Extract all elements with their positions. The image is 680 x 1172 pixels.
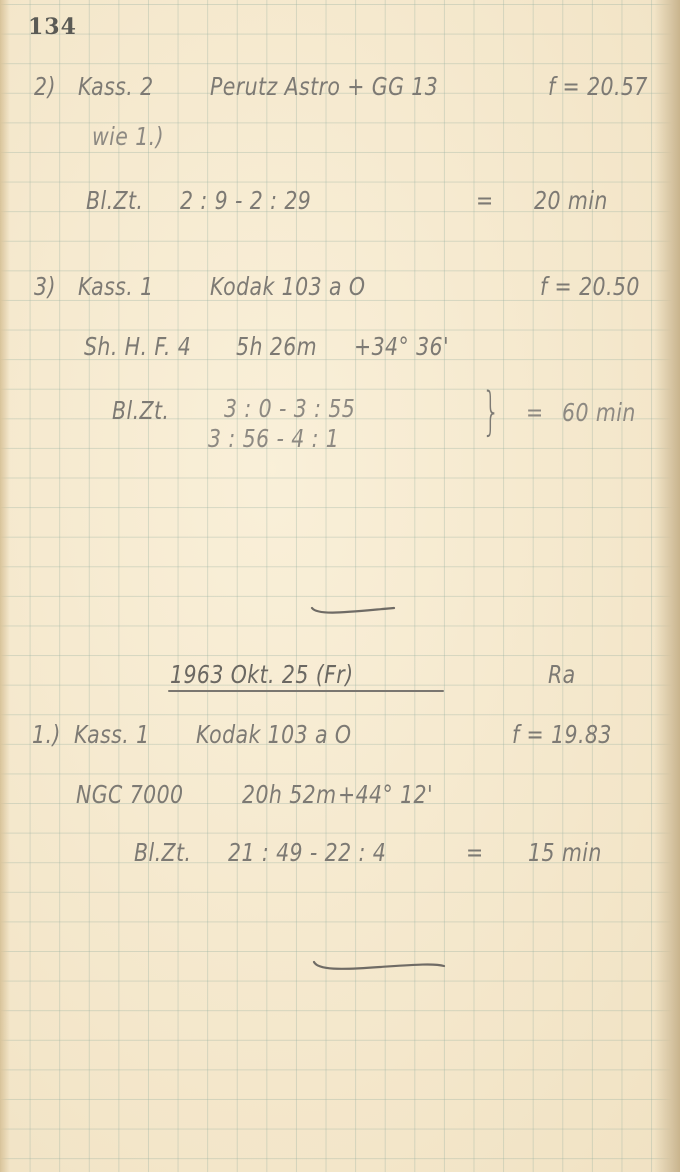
exposure-time: 2 : 9 - 2 : 29 [180, 186, 311, 215]
page-number: 134 [28, 14, 77, 40]
exposure-time-2: 3 : 56 - 4 : 1 [208, 424, 339, 453]
separator-swash [308, 600, 400, 620]
observer-initials: Ra [548, 660, 576, 689]
separator-swash [310, 958, 450, 978]
declination: +34° 36' [354, 332, 449, 361]
exposure-label: Bl.Zt. [134, 838, 191, 867]
object-name: Sh. H. F. 4 [84, 332, 191, 361]
page-edge-shadow [654, 0, 680, 1172]
exposure-label: Bl.Zt. [86, 186, 143, 215]
exposure-time: 21 : 49 - 22 : 4 [228, 838, 386, 867]
focus-value: f = 20.50 [540, 272, 640, 301]
focus-value: f = 20.57 [548, 72, 648, 101]
date-underline [168, 690, 444, 692]
declination: +44° 12' [338, 780, 433, 809]
focus-value: f = 19.83 [512, 720, 612, 749]
equals-sign: = [526, 398, 544, 427]
exposure-label: Bl.Zt. [112, 396, 169, 425]
notebook-page: 134 2) Kass. 2 Perutz Astro + GG 13 f = … [0, 0, 680, 1172]
observation-date: 1963 Okt. 25 (Fr) [170, 660, 354, 689]
equals-sign: = [466, 838, 484, 867]
duration: 15 min [528, 838, 602, 867]
cassette: Kass. 1 [74, 720, 150, 749]
right-ascension: 5h 26m [236, 332, 317, 361]
duration: 20 min [534, 186, 608, 215]
brace: } [482, 382, 500, 442]
right-ascension: 20h 52m [242, 780, 337, 809]
plate-type: Perutz Astro + GG 13 [210, 72, 438, 101]
entry-index: 3) [34, 272, 56, 301]
exposure-time-1: 3 : 0 - 3 : 55 [224, 394, 355, 423]
entry-index: 1.) [32, 720, 61, 749]
plate-type: Kodak 103 a O [196, 720, 351, 749]
cassette: Kass. 2 [78, 72, 154, 101]
duration: 60 min [562, 398, 636, 427]
equals-sign: = [476, 186, 494, 215]
cassette: Kass. 1 [78, 272, 154, 301]
note: wie 1.) [92, 122, 164, 151]
object-name: NGC 7000 [76, 780, 184, 809]
page-binding-shadow [0, 0, 10, 1172]
entry-index: 2) [34, 72, 56, 101]
plate-type: Kodak 103 a O [210, 272, 365, 301]
